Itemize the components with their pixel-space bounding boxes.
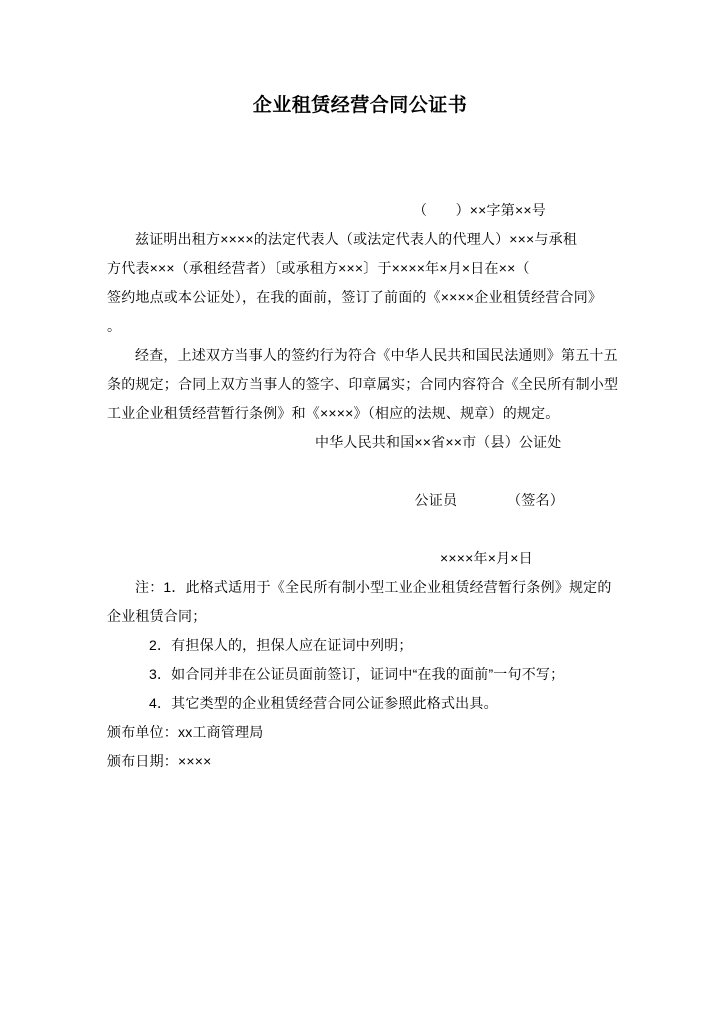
paragraph1-line-4: 。 xyxy=(107,312,589,341)
paragraph2-line-2: 条的规定；合同上双方当事人的签字、印章属实；合同内容符合《全民所有制小型 xyxy=(107,370,589,399)
paragraph2-line-1: 经查，上述双方当事人的签约行为符合《中华人民共和国民法通则》第五十五 xyxy=(107,341,589,370)
paragraph1-line-2: 方代表×××（承租经营者）〔或承租方×××〕于××××年×月×日在××（ xyxy=(107,254,589,283)
notes-line-2: 企业租赁合同； xyxy=(107,602,589,631)
notary-label: 公证员 xyxy=(415,492,458,508)
notes-item-4: 4．其它类型的企业租赁经营合同公证参照此格式出具。 xyxy=(107,689,589,718)
issue-date-line: 颁布日期：×××× xyxy=(107,747,589,776)
issuing-unit-line: 颁布单位：xx工商管理局 xyxy=(107,718,589,747)
doc-number: （ ）××字第××号 xyxy=(107,196,589,225)
notes-item-2: 2．有担保人的，担保人应在证词中列明； xyxy=(107,631,589,660)
paragraph1-line-3: 签约地点或本公证处），在我的面前，签订了前面的《××××企业租赁经营合同》 xyxy=(107,283,589,312)
document-body: （ ）××字第××号 兹证明出租方××××的法定代表人（或法定代表人的代理人）×… xyxy=(107,196,589,776)
notary-signature-line: 公证员（签名） xyxy=(107,457,589,544)
signature-placeholder: （签名） xyxy=(507,492,564,508)
notary-office-line: 中华人民共和国××省××市（县）公证处 xyxy=(107,428,589,457)
notary-date-line: ××××年×月×日 xyxy=(107,544,589,573)
notes-line-1: 注：1．此格式适用于《全民所有制小型工业企业租赁经营暂行条例》规定的 xyxy=(107,573,589,602)
paragraph2-line-3: 工业企业租赁经营暂行条例》和《××××》（相应的法规、规章）的规定。 xyxy=(107,399,589,428)
document-title: 企业租赁经营合同公证书 xyxy=(0,90,720,117)
document-page: 企业租赁经营合同公证书 （ ）××字第××号 兹证明出租方××××的法定代表人（… xyxy=(0,0,720,1017)
notes-item-3: 3．如合同并非在公证员面前签订，证词中“在我的面前”一句不写； xyxy=(107,660,589,689)
paragraph1-line-1: 兹证明出租方××××的法定代表人（或法定代表人的代理人）×××与承租 xyxy=(107,225,589,254)
